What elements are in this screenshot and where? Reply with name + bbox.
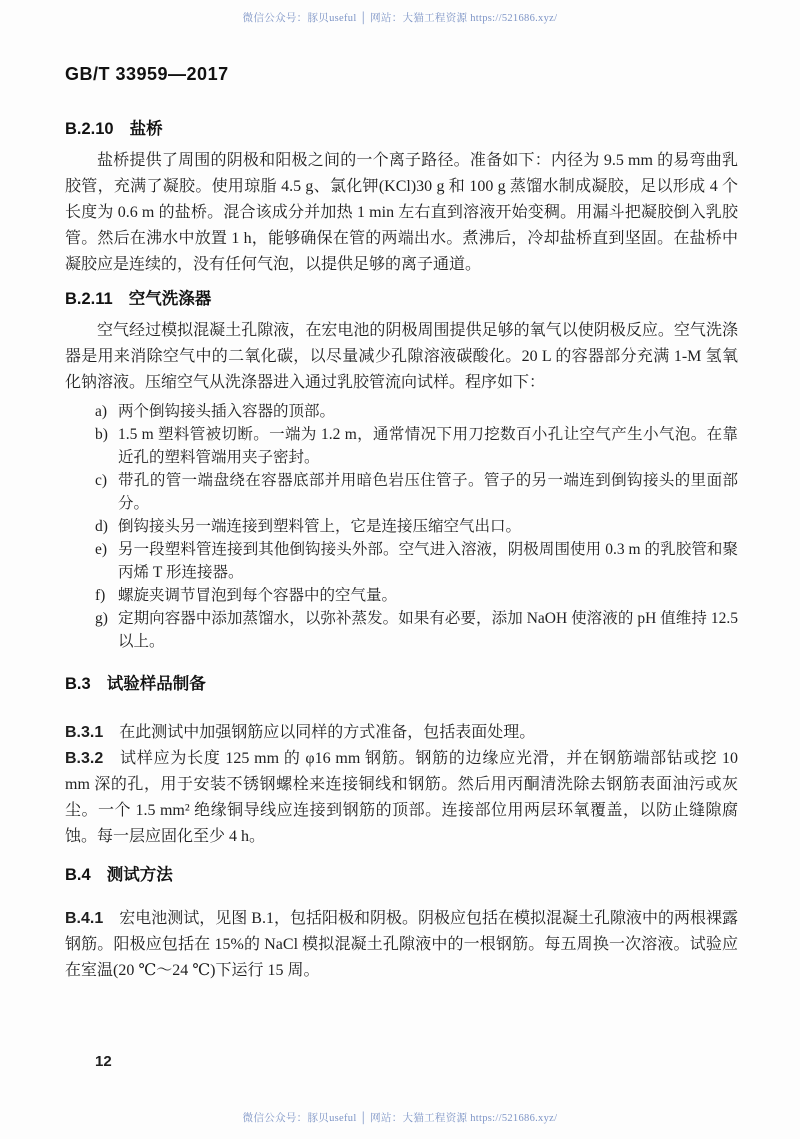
document-page: 微信公众号：豚贝useful │ 网站：大猫工程资源 https://52168… xyxy=(0,0,800,1139)
list-item-b: b) 1.5 m 塑料管被切断。一端为 1.2 m，通常情况下用刀挖数百小孔让空… xyxy=(65,423,738,469)
section-number: B.2.11 xyxy=(65,290,113,308)
clause-text: 在此测试中加强钢筋应以同样的方式准备，包括表面处理。 xyxy=(119,724,535,741)
list-item-d: d) 倒钩接头另一端连接到塑料管上，它是连接压缩空气出口。 xyxy=(65,515,738,538)
section-heading-test-method: B.4测试方法 xyxy=(65,864,738,886)
section-heading-salt-bridge: B.2.10盐桥 xyxy=(65,118,738,140)
list-item-label: b) xyxy=(95,423,108,446)
list-item-label: d) xyxy=(95,515,108,538)
clause-text: 试样应为长度 125 mm 的 φ16 mm 钢筋。钢筋的边缘应光滑，并在钢筋端… xyxy=(65,750,738,845)
list-item-f: f) 螺旋夹调节冒泡到每个容器中的空气量。 xyxy=(65,584,738,607)
watermark-top: 微信公众号：豚贝useful │ 网站：大猫工程资源 https://52168… xyxy=(0,10,800,25)
list-item-text: 两个倒钩接头插入容器的顶部。 xyxy=(118,403,335,420)
list-item-label: c) xyxy=(95,469,107,492)
section-title: 测试方法 xyxy=(107,866,173,884)
list-item-text: 另一段塑料管连接到其他倒钩接头外部。空气进入溶液，阴极周围使用 0.3 m 的乳… xyxy=(118,541,738,581)
list-item-e: e) 另一段塑料管连接到其他倒钩接头外部。空气进入溶液，阴极周围使用 0.3 m… xyxy=(65,538,738,584)
list-item-text: 1.5 m 塑料管被切断。一端为 1.2 m，通常情况下用刀挖数百小孔让空气产生… xyxy=(118,426,738,466)
clause-b31: B.3.1在此测试中加强钢筋应以同样的方式准备，包括表面处理。 xyxy=(65,720,738,746)
list-item-g: g) 定期向容器中添加蒸馏水，以弥补蒸发。如果有必要，添加 NaOH 使溶液的 … xyxy=(65,607,738,653)
section-number: B.3 xyxy=(65,675,91,693)
section-heading-air-scrubber: B.2.11空气洗涤器 xyxy=(65,288,738,310)
list-item-text: 定期向容器中添加蒸馏水，以弥补蒸发。如果有必要，添加 NaOH 使溶液的 pH … xyxy=(118,610,738,650)
watermark-bottom: 微信公众号：豚贝useful │ 网站：大猫工程资源 https://52168… xyxy=(0,1110,800,1125)
list-item-label: g) xyxy=(95,607,108,630)
doc-number: GB/T 33959—2017 xyxy=(65,63,738,85)
clause-text: 宏电池测试，见图 B.1，包括阳极和阴极。阴极应包括在模拟混凝土孔隙液中的两根裸… xyxy=(65,910,738,979)
list-item-label: f) xyxy=(95,584,105,607)
list-item-label: a) xyxy=(95,400,107,423)
clause-number: B.4.1 xyxy=(65,910,103,927)
page-number: 12 xyxy=(95,1053,112,1070)
clause-number: B.3.2 xyxy=(65,750,103,767)
list-item-c: c) 带孔的管一端盘绕在容器底部并用暗色岩压住管子。管子的另一端连到倒钩接头的里… xyxy=(65,469,738,515)
section-heading-sample-prep: B.3试验样品制备 xyxy=(65,673,738,695)
list-item-text: 带孔的管一端盘绕在容器底部并用暗色岩压住管子。管子的另一端连到倒钩接头的里面部分… xyxy=(118,472,738,512)
clause-number: B.3.1 xyxy=(65,724,103,741)
list-item-a: a) 两个倒钩接头插入容器的顶部。 xyxy=(65,400,738,423)
list-item-text: 倒钩接头另一端连接到塑料管上，它是连接压缩空气出口。 xyxy=(118,518,521,535)
page-content: GB/T 33959—2017 B.2.10盐桥 盐桥提供了周围的阴极和阳极之间… xyxy=(0,63,800,984)
list-item-label: e) xyxy=(95,538,107,561)
section-number: B.2.10 xyxy=(65,120,114,138)
paragraph-salt-bridge: 盐桥提供了周围的阴极和阳极之间的一个离子路径。准备如下：内径为 9.5 mm 的… xyxy=(65,148,738,278)
procedure-list: a) 两个倒钩接头插入容器的顶部。 b) 1.5 m 塑料管被切断。一端为 1.… xyxy=(65,400,738,653)
list-item-text: 螺旋夹调节冒泡到每个容器中的空气量。 xyxy=(118,587,397,604)
section-title: 试验样品制备 xyxy=(107,675,206,693)
section-title: 空气洗涤器 xyxy=(129,290,212,308)
section-title: 盐桥 xyxy=(130,120,163,138)
paragraph-air-scrubber: 空气经过模拟混凝土孔隙液，在宏电池的阴极周围提供足够的氧气以使阴极反应。空气洗涤… xyxy=(65,318,738,396)
clause-b32: B.3.2试样应为长度 125 mm 的 φ16 mm 钢筋。钢筋的边缘应光滑，… xyxy=(65,746,738,850)
section-number: B.4 xyxy=(65,866,91,884)
clause-b41: B.4.1宏电池测试，见图 B.1，包括阳极和阴极。阴极应包括在模拟混凝土孔隙液… xyxy=(65,906,738,984)
